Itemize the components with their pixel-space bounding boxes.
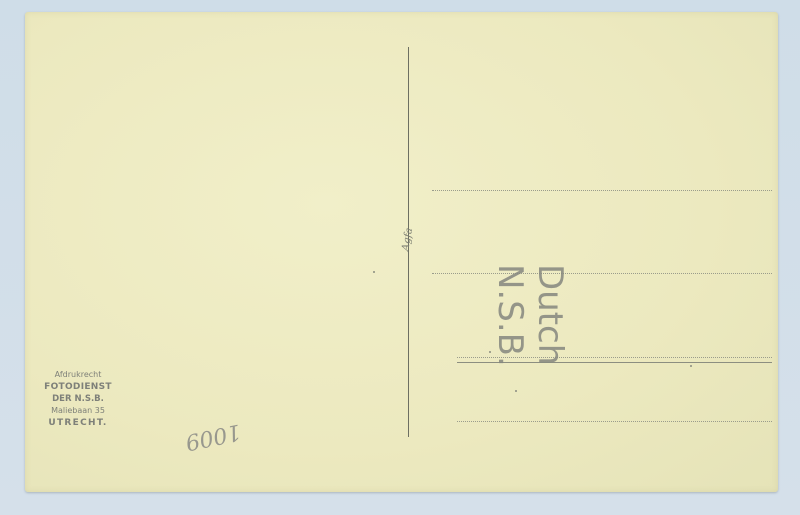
publisher-stamp: Afdrukrecht FOTODIENST DER N.S.B. Malieb…	[38, 369, 118, 429]
pencil-handwritten-note: Dutch N.S.B.	[490, 264, 570, 367]
paper-speck	[515, 390, 517, 392]
stamp-line: FOTODIENST	[38, 381, 118, 393]
pencil-inventory-number: 1009	[183, 418, 243, 454]
postcard-back: Agfa Afdrukrecht FOTODIENST DER N.S.B. M…	[25, 12, 778, 492]
divider-brand-mark: Agfa	[400, 227, 415, 252]
paper-speck	[373, 271, 375, 273]
address-line-1	[432, 190, 772, 191]
address-line-2	[432, 273, 772, 274]
stamp-line: UTRECHT.	[38, 417, 118, 429]
paper-speck	[489, 351, 491, 353]
stamp-line: Maliebaan 35	[38, 405, 118, 417]
address-line-4	[457, 421, 772, 422]
pencil-note-line: N.S.B.	[490, 264, 530, 367]
stamp-line: DER N.S.B.	[38, 393, 118, 405]
stamp-line: Afdrukrecht	[38, 369, 118, 381]
pencil-note-line: Dutch	[530, 264, 570, 367]
paper-speck	[690, 365, 692, 367]
